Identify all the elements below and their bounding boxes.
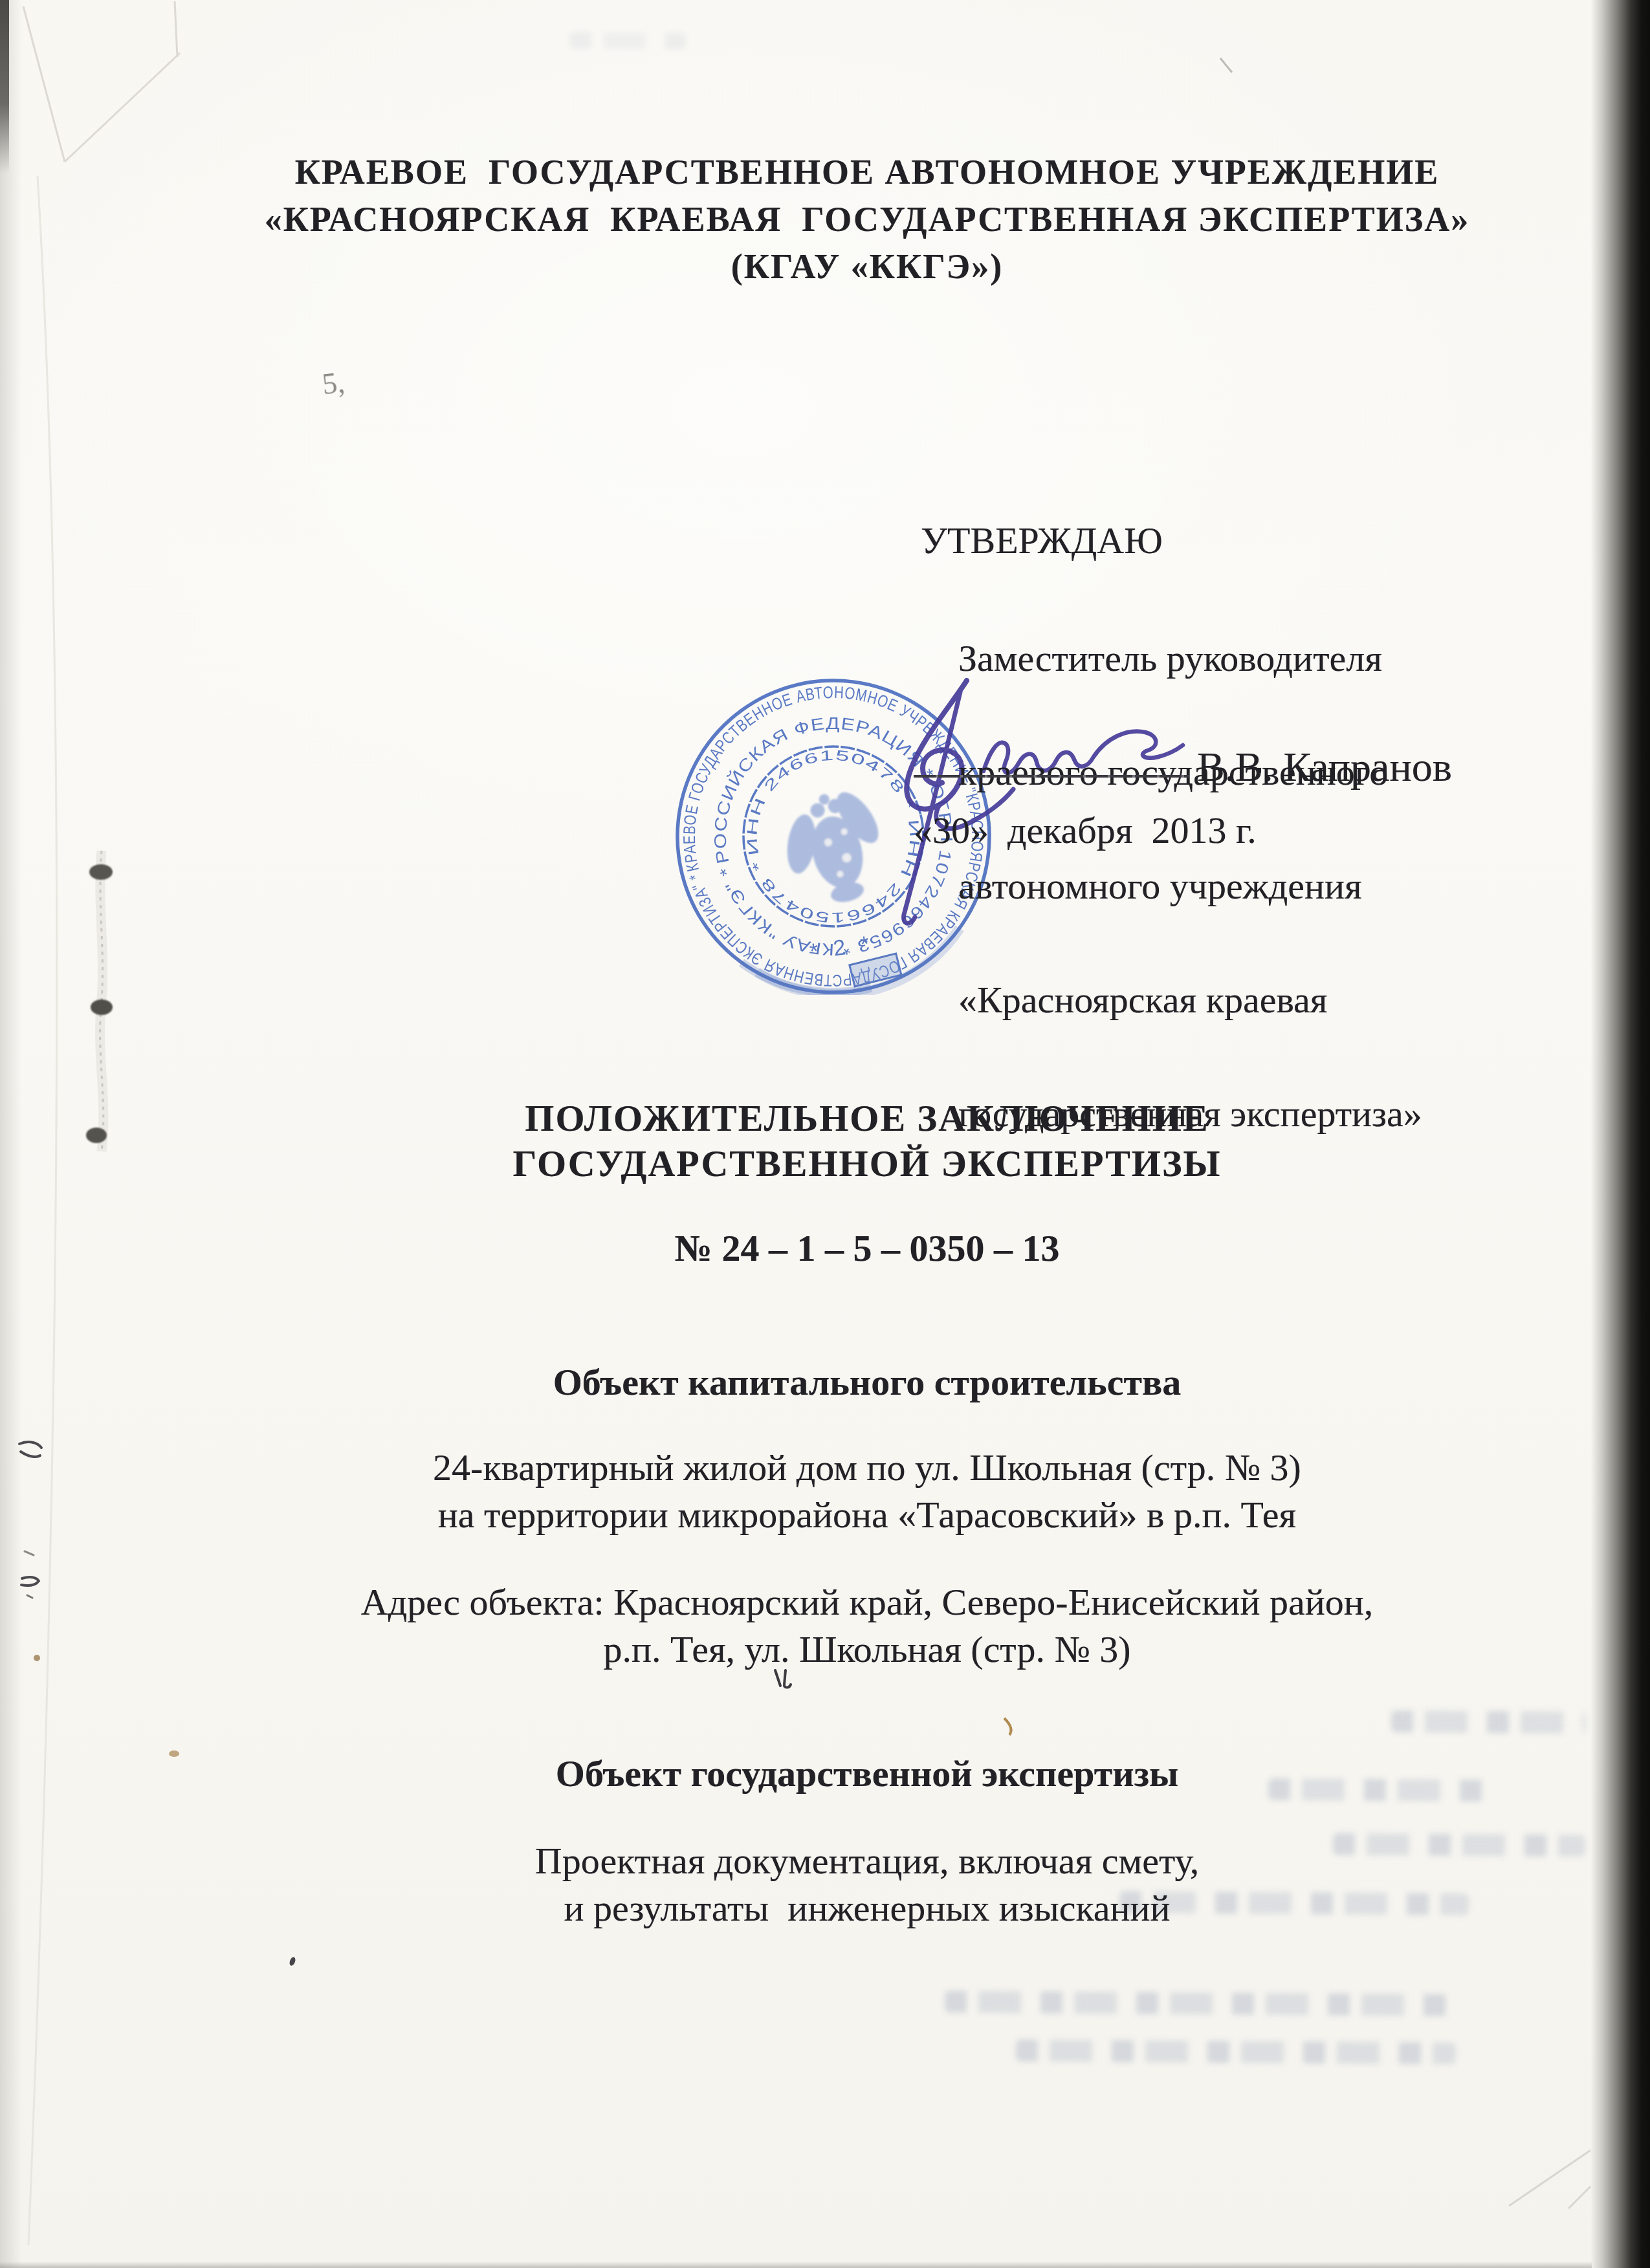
approval-label: УТВЕРЖДАЮ <box>921 512 1422 569</box>
left-edge-shading <box>0 0 22 2268</box>
signer-name: В.В. Капранов <box>1197 743 1452 792</box>
org-name-line-2: «КРАСНОЯРСКАЯ КРАЕВАЯ ГОСУДАРСТВЕННАЯ ЭК… <box>84 196 1650 243</box>
corner-crease-lines <box>1509 2150 1590 2208</box>
object-address-line: Адрес объекта: Красноярский край, Северо… <box>84 1578 1650 1626</box>
top-left-edge-sliver <box>0 0 9 173</box>
main-title-line-1: ПОЛОЖИТЕЛЬНОЕ ЗАКЛЮЧЕНИЕ <box>84 1096 1650 1141</box>
paper-speck <box>34 1655 40 1661</box>
paper-speck <box>1220 58 1232 72</box>
approval-position-line: автономного учреждения <box>958 865 1362 907</box>
bottom-edge-shading <box>0 2262 1592 2268</box>
org-name-line-3: (КГАУ «ККГЭ») <box>84 243 1650 290</box>
left-page-crease <box>28 176 57 2245</box>
object-name-line: на территории микрорайона «Тарасовский» … <box>84 1491 1650 1538</box>
pencil-note: 5, <box>320 365 346 401</box>
paper-speck <box>1004 1718 1011 1735</box>
scanned-document-page: КРАЕВОЕ ГОСУДАРСТВЕННОЕ АВТОНОМНОЕ УЧРЕЖ… <box>0 0 1650 2268</box>
binding-hole <box>91 999 113 1015</box>
expertise-description-line: Проектная документация, включая смету, <box>84 1837 1650 1884</box>
binding-hole <box>89 864 113 880</box>
bleed-through-line <box>945 1990 1456 2016</box>
section-heading-expertise-object: Объект государственной экспертизы <box>84 1752 1650 1796</box>
bleed-through-smudge <box>569 32 686 49</box>
fold-crease-lines <box>23 1 180 162</box>
object-name-line: 24-квартирный жилой дом по ул. Школьная … <box>84 1444 1650 1491</box>
approval-block: УТВЕРЖДАЮ Заместитель руководителя краев… <box>921 398 1422 1199</box>
conclusion-number: № 24 – 1 – 5 – 0350 – 13 <box>84 1227 1650 1270</box>
main-title-line-2: ГОСУДАРСТВЕННОЙ ЭКСПЕРТИЗЫ <box>84 1141 1650 1186</box>
approval-position-line: «Красноярская краевая <box>958 979 1327 1021</box>
scan-right-edge-band <box>1590 0 1650 2268</box>
bleed-through-line <box>1016 2040 1456 2065</box>
section-heading-capital-object: Объект капитального строительства <box>84 1360 1650 1404</box>
stamp-center-number: * 2 * <box>808 931 875 964</box>
org-name-line-1: КРАЕВОЕ ГОСУДАРСТВЕННОЕ АВТОНОМНОЕ УЧРЕЖ… <box>84 149 1650 196</box>
object-address-line: р.п. Тея, ул. Школьная (стр. № 3) <box>84 1626 1650 1673</box>
expertise-description-line: и результаты инженерных изысканий <box>84 1884 1650 1932</box>
approval-date: «30» декабря 2013 г. <box>914 809 1257 853</box>
approval-position-line: Заместитель руководителя <box>958 637 1382 679</box>
signature-line <box>914 775 1189 778</box>
paper-speck <box>289 1956 296 1967</box>
bleed-through-line <box>1391 1710 1585 1734</box>
